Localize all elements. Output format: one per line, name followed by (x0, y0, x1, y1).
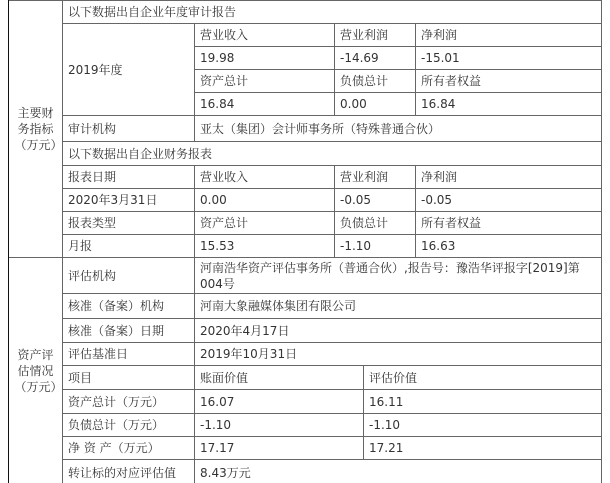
statement-header-owners-equity: 所有者权益 (416, 212, 602, 235)
report-type-label: 报表类型 (63, 212, 195, 235)
valuation-row-appraised: 17.21 (364, 437, 602, 460)
valuation-header-book: 账面价值 (195, 366, 364, 390)
annual-header-net-profit: 净利润 (416, 24, 602, 47)
valuation-row-book: 17.17 (195, 437, 364, 460)
statement-note: 以下数据出自企业财务报表 (63, 142, 602, 166)
statement-header-total-liabilities: 负债总计 (335, 212, 416, 235)
statement-header-revenue: 营业收入 (195, 166, 335, 189)
appraiser-value: 河南浩华资产评估事务所（普通合伙）,报告号：豫浩华评报字[2019]第004号 (195, 258, 602, 294)
appraiser-label: 评估机构 (63, 258, 195, 294)
annual-header-total-assets: 资产总计 (195, 70, 335, 93)
annual-value-total-assets: 16.84 (195, 93, 335, 116)
report-date-value: 2020年3月31日 (63, 189, 195, 212)
approval-date-label: 核准（备案）日期 (63, 319, 195, 343)
transfer-label: 转让标的对应评估值 (63, 460, 195, 483)
base-date-value: 2019年10月31日 (195, 343, 602, 366)
valuation-row-item: 净 资 产（万元） (63, 437, 195, 460)
auditor-value: 亚太（集团）会计师事务所（特殊普通合伙） (195, 116, 602, 142)
statement-value-net-profit: -0.05 (416, 189, 602, 212)
annual-value-operating-profit: -14.69 (335, 47, 416, 70)
annual-header-owners-equity: 所有者权益 (416, 70, 602, 93)
valuation-row-appraised: -1.10 (364, 414, 602, 437)
statement-value-owners-equity: 16.63 (416, 235, 602, 258)
annual-value-revenue: 19.98 (195, 47, 335, 70)
valuation-header-item: 项目 (63, 366, 195, 390)
valuation-section: 资产评估情况（万元） 评估机构 河南浩华资产评估事务所（普通合伙）,报告号：豫浩… (8, 258, 602, 483)
transfer-value: 8.43万元 (195, 460, 602, 483)
statement-value-revenue: 0.00 (195, 189, 335, 212)
valuation-row-appraised: 16.11 (364, 390, 602, 414)
financial-section: 主要财务指标（万元） 以下数据出自企业年度审计报告 2019年度 营业收入 营业… (8, 0, 602, 258)
report-type-value: 月报 (63, 235, 195, 258)
statement-value-total-liabilities: -1.10 (335, 235, 416, 258)
disclosure-table: 主要财务指标（万元） 以下数据出自企业年度审计报告 2019年度 营业收入 营业… (8, 0, 602, 483)
valuation-row-book: -1.10 (195, 414, 364, 437)
approval-org-label: 核准（备案）机构 (63, 294, 195, 319)
annual-header-operating-profit: 营业利润 (335, 24, 416, 47)
approval-date-value: 2020年4月17日 (195, 319, 602, 343)
valuation-row-item: 资产总计（万元） (63, 390, 195, 414)
valuation-side-label: 资产评估情况（万元） (9, 258, 63, 483)
statement-header-total-assets: 资产总计 (195, 212, 335, 235)
auditor-label: 审计机构 (63, 116, 195, 142)
valuation-row-item: 负债总计（万元） (63, 414, 195, 437)
statement-value-total-assets: 15.53 (195, 235, 335, 258)
annual-note: 以下数据出自企业年度审计报告 (63, 1, 602, 24)
financial-side-label: 主要财务指标（万元） (9, 0, 63, 258)
statement-header-net-profit: 净利润 (416, 166, 602, 189)
annual-period: 2019年度 (63, 24, 195, 116)
annual-header-total-liabilities: 负债总计 (335, 70, 416, 93)
statement-header-operating-profit: 营业利润 (335, 166, 416, 189)
valuation-row-book: 16.07 (195, 390, 364, 414)
report-date-label: 报表日期 (63, 166, 195, 189)
annual-value-total-liabilities: 0.00 (335, 93, 416, 116)
valuation-header-appraised: 评估价值 (364, 366, 602, 390)
annual-value-net-profit: -15.01 (416, 47, 602, 70)
approval-org-value: 河南大象融媒体集团有限公司 (195, 294, 602, 319)
annual-header-revenue: 营业收入 (195, 24, 335, 47)
base-date-label: 评估基准日 (63, 343, 195, 366)
statement-value-operating-profit: -0.05 (335, 189, 416, 212)
annual-value-owners-equity: 16.84 (416, 93, 602, 116)
